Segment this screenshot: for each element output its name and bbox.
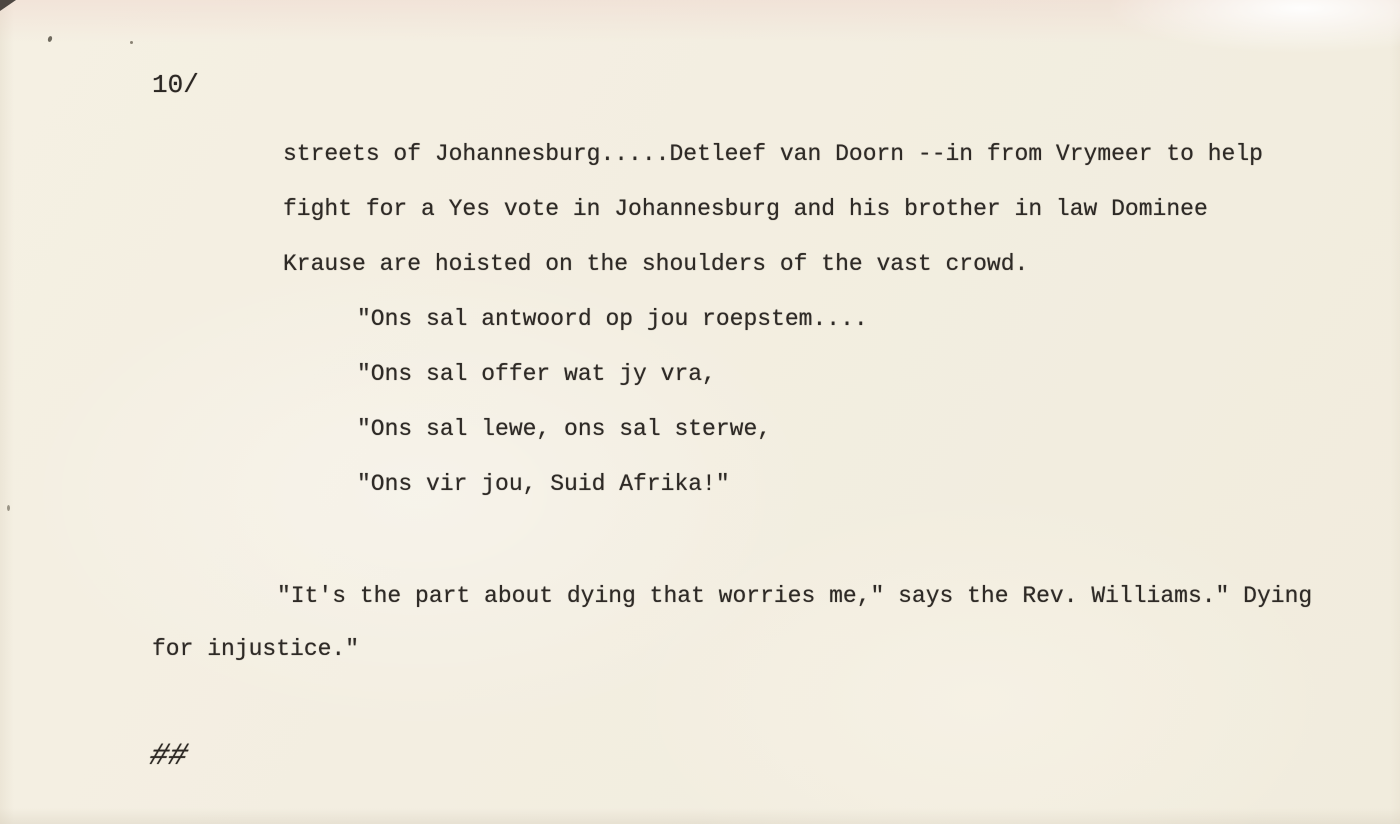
verse-line-3: "Ons sal lewe, ons sal sterwe, (357, 418, 771, 441)
scan-corner-artifact (0, 0, 16, 11)
typed-line-2: fight for a Yes vote in Johannesburg and… (283, 198, 1208, 221)
page-number: 10/ (152, 72, 199, 98)
typed-line-3: Krause are hoisted on the shoulders of t… (283, 253, 1028, 276)
end-of-copy-mark: ## (147, 741, 190, 772)
paper-speck (130, 41, 133, 44)
typed-line-9: for injustice." (152, 638, 359, 661)
verse-line-1: "Ons sal antwoord op jou roepstem.... (357, 308, 868, 331)
paper-speck (7, 505, 10, 511)
paper-speck (47, 35, 53, 42)
verse-line-4: "Ons vir jou, Suid Afrika!" (357, 473, 730, 496)
typed-line-1: streets of Johannesburg.....Detleef van … (283, 143, 1263, 166)
typewritten-page: 10/ streets of Johannesburg.....Detleef … (0, 0, 1400, 824)
typed-line-8: "It's the part about dying that worries … (277, 585, 1312, 608)
verse-line-2: "Ons sal offer wat jy vra, (357, 363, 716, 386)
